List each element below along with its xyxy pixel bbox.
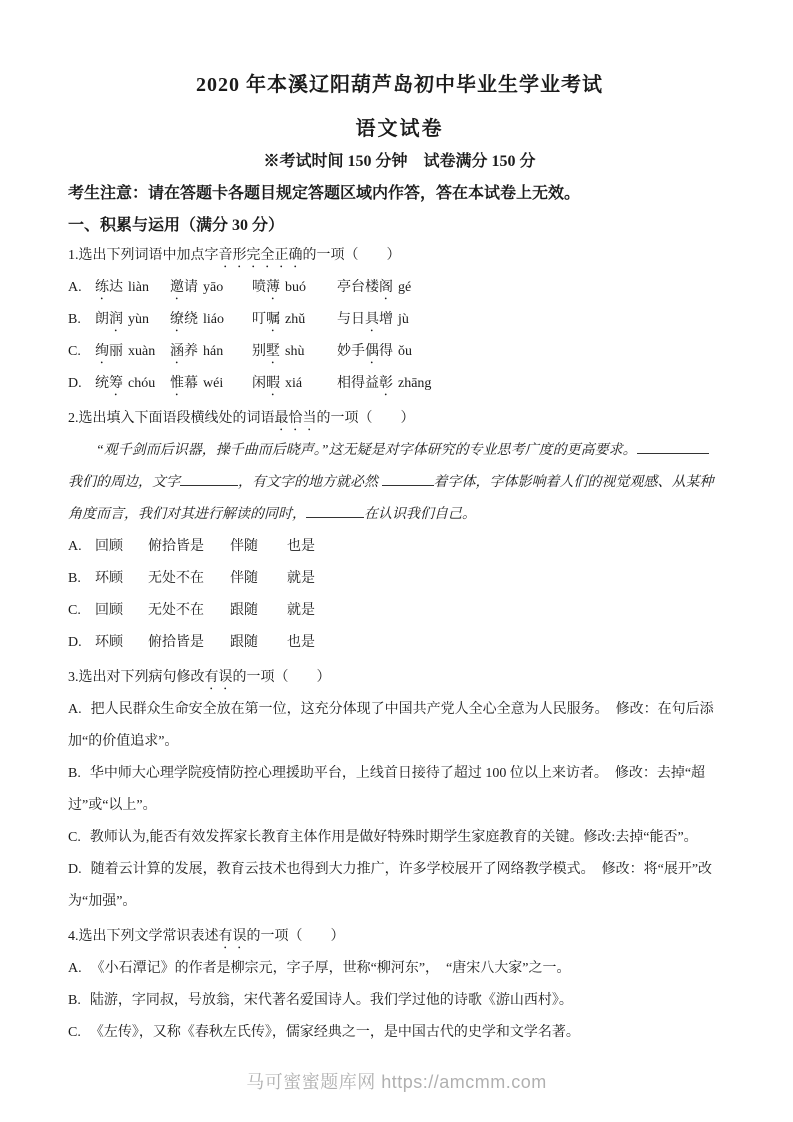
option-letter: A. <box>68 702 82 717</box>
stem-emphasized-text: 音形完全正确 <box>219 248 303 263</box>
word-with-pinyin: 邀请yāo <box>170 272 252 304</box>
q3-option-c: C.教师认为,能否有效发挥家长教育主体作用是做好特殊时期学生家庭教育的关键。修改… <box>68 822 731 854</box>
q3-option-a: A.把人民群众生命安全放在第一位，这充分体现了中国共产党人全心全意为人民服务。 … <box>68 694 731 758</box>
stem-text: 的一项（ ） <box>303 248 401 263</box>
word-post: 增 <box>379 312 393 327</box>
option-letter: C. <box>68 595 95 627</box>
dotted-char: 阁 <box>379 280 393 295</box>
word-pre: 别 <box>252 344 266 359</box>
pinyin: jù <box>398 312 409 327</box>
watermark-text: 马可蜜蜜题库网 https://amcmm.com <box>0 1068 793 1094</box>
option-letter: A. <box>68 961 82 976</box>
option-letter: C. <box>68 336 95 368</box>
q2-option-b: B.环顾无处不在伴随就是 <box>68 563 731 595</box>
question-3-stem: 3.选出对下列病句修改有误的一项（ ） <box>68 662 731 694</box>
option-word: 俯拾皆是 <box>148 627 230 659</box>
q4-option-c: C.《左传》，又称《春秋左氏传》，儒家经典之一，是中国古代的史学和文学名著。 <box>68 1017 731 1049</box>
q4-option-a: A.《小石潭记》的作者是柳宗元，字子厚，世称“柳河东”， “唐宋八大家”之一。 <box>68 953 731 985</box>
option-letter: D. <box>68 368 95 400</box>
exam-paper-page: 2020 年本溪辽阳葫芦岛初中毕业生学业考试 语文试卷 ※考试时间 150 分钟… <box>0 0 793 1122</box>
pinyin: xuàn <box>128 344 155 359</box>
q2-option-c: C.回顾无处不在跟随就是 <box>68 595 731 627</box>
option-word: 环顾 <box>95 563 148 595</box>
option-word: 伴随 <box>230 563 287 595</box>
dotted-char: 偶 <box>365 344 379 359</box>
word-with-pinyin: 练达liàn <box>95 272 170 304</box>
word-pre: 叮 <box>252 312 266 327</box>
word-with-pinyin: 相得益彰zhāng <box>337 368 431 400</box>
q4-option-b: B.陆游，字同叔，号放翁，宋代著名爱国诗人。我们学过他的诗歌《游山西村》。 <box>68 985 731 1017</box>
option-text: 教师认为,能否有效发挥家长教育主体作用是做好特殊时期学生家庭教育的关键。修改:去… <box>90 830 698 845</box>
word-pre: 喷 <box>252 280 266 295</box>
question-2-stem: 2.选出填入下面语段横线处的词语最恰当的一项（ ） <box>68 403 731 435</box>
dotted-char: 润 <box>109 312 123 327</box>
answer-blank <box>637 441 709 454</box>
word-pre: 相得益 <box>337 376 379 391</box>
word-with-pinyin: 喷薄buó <box>252 272 337 304</box>
option-text: 把人民群众生命安全放在第一位，这充分体现了中国共产党人全心全意为人民服务。 修改… <box>68 702 714 749</box>
q1-option-b: B. 朗润yùn 缭绕liáo 叮嘱zhǔ 与日具增jù <box>68 304 731 336</box>
option-word: 伴随 <box>230 531 287 563</box>
stem-text: 的一项（ ） <box>247 929 345 944</box>
dotted-char: 练 <box>95 280 109 295</box>
word-with-pinyin: 别墅shù <box>252 336 337 368</box>
pinyin: gé <box>398 280 411 295</box>
pinyin: yāo <box>203 280 223 295</box>
pinyin: chóu <box>128 376 155 391</box>
dotted-char: 筹 <box>109 376 123 391</box>
option-word: 回顾 <box>95 595 148 627</box>
option-word: 跟随 <box>230 595 287 627</box>
pinyin: buó <box>285 280 306 295</box>
exam-subtitle: 语文试卷 <box>68 116 731 142</box>
word-with-pinyin: 与日具增jù <box>337 304 409 336</box>
word-with-pinyin: 缭绕liáo <box>170 304 252 336</box>
exam-info-line: ※考试时间 150 分钟 试卷满分 150 分 <box>68 152 731 172</box>
passage-text: 着字体，字体影响着人们的视觉观感、从某种 <box>434 475 714 490</box>
dotted-char: 惟 <box>170 376 184 391</box>
dotted-char: 暇 <box>266 376 280 391</box>
pinyin: ǒu <box>398 344 412 359</box>
word-with-pinyin: 朗润yùn <box>95 304 170 336</box>
option-letter: D. <box>68 862 82 877</box>
word-post: 绕 <box>184 312 198 327</box>
dotted-char: 嘱 <box>266 312 280 327</box>
option-word: 俯拾皆是 <box>148 531 230 563</box>
option-word: 无处不在 <box>148 563 230 595</box>
dotted-char: 墅 <box>266 344 280 359</box>
option-letter: A. <box>68 272 95 304</box>
stem-emphasized-text: 最恰当 <box>275 411 317 426</box>
q2-option-a: A.回顾俯拾皆是伴随也是 <box>68 531 731 563</box>
option-word: 就是 <box>287 595 315 627</box>
answer-blank <box>180 473 238 486</box>
stem-emphasized-text: 有误 <box>219 929 247 944</box>
option-word: 回顾 <box>95 531 148 563</box>
option-word: 也是 <box>287 627 315 659</box>
stem-text: 1.选出下列词语中加点字 <box>68 248 219 263</box>
q2-passage-line-2: 我们的周边，文字，有文字的地方就必然 着字体，字体影响着人们的视觉观感、从某种 <box>68 467 731 499</box>
dotted-char: 邀 <box>170 280 184 295</box>
word-post: 养 <box>184 344 198 359</box>
pinyin: xiá <box>285 376 302 391</box>
word-pre: 朗 <box>95 312 109 327</box>
answer-blank <box>306 505 364 518</box>
passage-text: ，有文字的地方就必然 <box>238 475 382 490</box>
word-post: 达 <box>109 280 123 295</box>
word-post: 得 <box>379 344 393 359</box>
pinyin: zhāng <box>398 376 431 391</box>
option-text: 陆游，字同叔，号放翁，宋代著名爱国诗人。我们学过他的诗歌《游山西村》。 <box>90 993 573 1008</box>
q2-passage-line-1: “观千剑而后识器，操千曲而后晓声。”这无疑是对字体研究的专业思考广度的更高要求。 <box>68 435 731 467</box>
pinyin: yùn <box>128 312 149 327</box>
dotted-char: 具 <box>365 312 379 327</box>
option-word: 就是 <box>287 563 315 595</box>
pinyin: zhǔ <box>285 312 305 327</box>
passage-text: “观千剑而后识器，操千曲而后晓声。”这无疑是对字体研究的专业思考广度的更高要求。 <box>96 443 637 458</box>
option-word: 也是 <box>287 531 315 563</box>
option-letter: A. <box>68 531 95 563</box>
option-letter: B. <box>68 304 95 336</box>
word-post: 丽 <box>109 344 123 359</box>
passage-text: 角度而言，我们对其进行解读的同时， <box>68 507 306 522</box>
option-text: 随着云计算的发展，教育云技术也得到大力推广，许多学校展开了网络教学模式。 修改：… <box>68 862 712 909</box>
word-pre: 闲 <box>252 376 266 391</box>
q3-option-b: B.华中师大心理学院疫情防控心理援助平台，上线首日接待了超过 100 位以上来访… <box>68 758 731 822</box>
word-post: 幕 <box>184 376 198 391</box>
stem-text: 的一项（ ） <box>317 411 415 426</box>
option-letter: C. <box>68 830 81 845</box>
option-letter: D. <box>68 627 95 659</box>
option-text: 《小石潭记》的作者是柳宗元，字子厚，世称“柳河东”， “唐宋八大家”之一。 <box>91 961 571 976</box>
option-letter: C. <box>68 1025 81 1040</box>
q2-option-d: D.环顾俯拾皆是跟随也是 <box>68 627 731 659</box>
option-letter: B. <box>68 993 81 1008</box>
option-word: 无处不在 <box>148 595 230 627</box>
section-1-heading: 一、积累与运用（满分 30 分） <box>68 215 731 237</box>
exam-title: 2020 年本溪辽阳葫芦岛初中毕业生学业考试 <box>68 72 731 98</box>
stem-text: 4.选出下列文学常识表述 <box>68 929 219 944</box>
word-pre: 与日 <box>337 312 365 327</box>
word-pre: 妙手 <box>337 344 365 359</box>
stem-text: 3.选出对下列病句修改 <box>68 670 205 685</box>
option-word: 环顾 <box>95 627 148 659</box>
word-with-pinyin: 妙手偶得ǒu <box>337 336 412 368</box>
pinyin: liáo <box>203 312 224 327</box>
option-text: 《左传》，又称《春秋左氏传》，儒家经典之一，是中国古代的史学和文学名著。 <box>90 1025 580 1040</box>
pinyin: wéi <box>203 376 223 391</box>
dotted-char: 彰 <box>379 376 393 391</box>
pinyin: liàn <box>128 280 149 295</box>
dotted-char: 绚 <box>95 344 109 359</box>
q1-option-d: D. 统筹chóu 惟幕wéi 闲暇xiá 相得益彰zhāng <box>68 368 731 400</box>
q3-option-d: D.随着云计算的发展，教育云技术也得到大力推广，许多学校展开了网络教学模式。 修… <box>68 854 731 918</box>
pinyin: shù <box>285 344 304 359</box>
word-with-pinyin: 统筹chóu <box>95 368 170 400</box>
word-with-pinyin: 绚丽xuàn <box>95 336 170 368</box>
word-with-pinyin: 亭台楼阁gé <box>337 272 411 304</box>
option-letter: B. <box>68 563 95 595</box>
passage-text: 在认识我们自己。 <box>364 507 476 522</box>
q1-option-c: C. 绚丽xuàn 涵养hán 别墅shù 妙手偶得ǒu <box>68 336 731 368</box>
word-pre: 亭台楼 <box>337 280 379 295</box>
option-letter: B. <box>68 766 81 781</box>
word-with-pinyin: 叮嘱zhǔ <box>252 304 337 336</box>
candidate-notice: 考生注意：请在答题卡各题目规定答题区域内作答，答在本试卷上无效。 <box>68 183 731 205</box>
stem-text: 的一项（ ） <box>233 670 331 685</box>
stem-emphasized-text: 有误 <box>205 670 233 685</box>
word-pre: 统 <box>95 376 109 391</box>
answer-blank <box>382 473 434 486</box>
word-with-pinyin: 涵养hán <box>170 336 252 368</box>
pinyin: hán <box>203 344 223 359</box>
q1-option-a: A. 练达liàn 邀请yāo 喷薄buó 亭台楼阁gé <box>68 272 731 304</box>
option-word: 跟随 <box>230 627 287 659</box>
word-post: 请 <box>184 280 198 295</box>
dotted-char: 涵 <box>170 344 184 359</box>
option-text: 华中师大心理学院疫情防控心理援助平台，上线首日接待了超过 100 位以上来访者。… <box>68 766 705 813</box>
dotted-char: 缭 <box>170 312 184 327</box>
q2-passage-line-3: 角度而言，我们对其进行解读的同时，在认识我们自己。 <box>68 499 731 531</box>
dotted-char: 薄 <box>266 280 280 295</box>
word-with-pinyin: 闲暇xiá <box>252 368 337 400</box>
passage-text: 我们的周边，文字 <box>68 475 180 490</box>
word-with-pinyin: 惟幕wéi <box>170 368 252 400</box>
question-1-stem: 1.选出下列词语中加点字音形完全正确的一项（ ） <box>68 240 731 272</box>
stem-text: 2.选出填入下面语段横线处的词语 <box>68 411 275 426</box>
question-4-stem: 4.选出下列文学常识表述有误的一项（ ） <box>68 921 731 953</box>
